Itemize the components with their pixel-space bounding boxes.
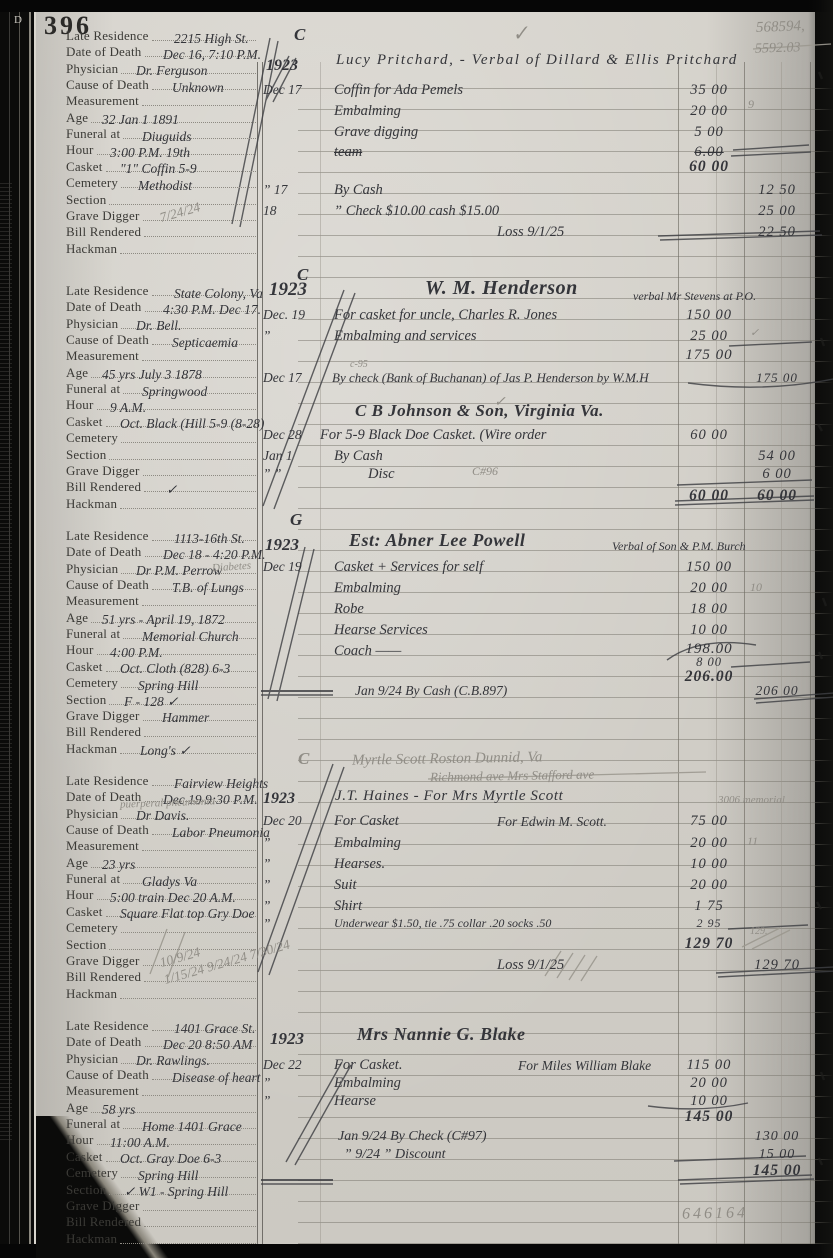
form-label-cemetery: Cemetery — [66, 676, 118, 689]
form-label-cemetery: Cemetery — [66, 1166, 118, 1179]
page-edge-line — [9, 0, 10, 1258]
form-label-physician: Physician — [66, 317, 118, 330]
form-row: Hour3:00 P.M. 19th — [66, 140, 258, 156]
ledger-amount-debit: 8 00 — [676, 656, 742, 669]
form-row: Date of Death4:30 P.M. Dec 17. — [66, 297, 258, 313]
form-row: Section✓ W1 - Spring Hill — [66, 1180, 258, 1196]
ledger-amount-debit: 20 00 — [676, 104, 742, 119]
ledger-year: 1923 — [266, 58, 298, 74]
form-row: Cause of DeathT.B. of Lungs — [66, 575, 258, 591]
ledger-amount-debit: 150 00 — [676, 560, 742, 575]
ledger-year: 1923 — [263, 791, 295, 807]
form-row: Measurement — [66, 591, 258, 607]
ledger-account-title: Est: Abner Lee Powell — [349, 531, 525, 549]
form-label-casket: Casket — [66, 660, 103, 673]
dotted-leader — [143, 1209, 256, 1211]
form-row: Cause of DeathUnknown — [66, 75, 258, 91]
form-label-cause_of_death: Cause of Death — [66, 1068, 149, 1081]
ledger-description: ” Check $10.00 cash $15.00 — [334, 204, 499, 219]
form-label-funeral_at: Funeral at — [66, 1117, 120, 1130]
form-row: Bill Rendered✓ — [66, 477, 258, 493]
dotted-leader — [142, 604, 256, 606]
ledger-description: Casket + Services for self — [334, 560, 483, 575]
ledger-description: Underwear $1.50, tie .75 collar .20 sock… — [334, 917, 551, 929]
form-row: CasketSquare Flat top Gry Doe — [66, 902, 258, 918]
ledger-description: By Cash — [334, 183, 383, 198]
form-row: SectionF - 128 ✓ — [66, 690, 258, 706]
form-row: Measurement — [66, 91, 258, 107]
dotted-leader — [142, 359, 256, 361]
ledger-date: ” — [263, 899, 271, 913]
form-label-cause_of_death: Cause of Death — [66, 333, 149, 346]
ledger-book-photo: 396 D — [0, 0, 833, 1258]
form-label-date_of_death: Date of Death — [66, 300, 142, 313]
form-row: Grave Digger — [66, 1196, 258, 1212]
form-label-grave_digger: Grave Digger — [66, 954, 140, 967]
form-row: PhysicianDr. Ferguson — [66, 59, 258, 75]
ledger-description: For Casket. — [334, 1058, 402, 1073]
form-row: Measurement — [66, 836, 258, 852]
ledger-amount-debit: 115 00 — [676, 1058, 742, 1073]
form-row: HackmanLong's ✓ — [66, 739, 258, 755]
form-label-cemetery: Cemetery — [66, 176, 118, 189]
pencil-note-e2-c96: C#96 — [472, 465, 498, 477]
ledger-date: ” — [263, 1094, 271, 1108]
ledger-amount-debit: 20 00 — [676, 1076, 742, 1091]
form-label-cemetery: Cemetery — [66, 431, 118, 444]
form-label-cause_of_death: Cause of Death — [66, 823, 149, 836]
ledger-amount-credit: 22 50 — [745, 225, 809, 240]
ledger-description: Shirt — [334, 899, 362, 914]
form-row: CasketOct. Gray Doe 6-3 — [66, 1147, 258, 1163]
ledger-amount-debit: 10 00 — [676, 623, 742, 638]
form-row: Age45 yrs July 3 1878 — [66, 363, 258, 379]
ledger-description: Disc — [368, 467, 395, 482]
form-label-date_of_death: Date of Death — [66, 45, 142, 58]
ledger-amount-credit: 15 00 — [745, 1148, 809, 1162]
form-row: Grave DiggerHammer — [66, 706, 258, 722]
photo-top-border — [0, 0, 833, 12]
ledger-date: Dec. 19 — [263, 308, 305, 322]
ledger-description: Embalming and services — [334, 329, 477, 344]
form-label-physician: Physician — [66, 62, 118, 75]
ledger-description: Jan 9/24 By Check (C#97) — [338, 1130, 487, 1144]
ledger-date: ” — [263, 836, 271, 850]
form-label-cemetery: Cemetery — [66, 921, 118, 934]
ledger-amount-debit: 10 00 — [676, 1094, 742, 1109]
ledger-date: 18 — [263, 204, 277, 218]
ledger-description: For Casket — [334, 814, 399, 829]
form-row: Hackman — [66, 239, 258, 255]
form-label-age: Age — [66, 366, 88, 379]
ledger-verbal-note: verbal Mr Stevens at P.O. — [633, 290, 756, 302]
dotted-leader — [142, 104, 256, 106]
pencil-note-top-right-crossed: 5592.03 — [755, 41, 801, 57]
form-label-cause_of_death: Cause of Death — [66, 78, 149, 91]
form-label-measurement: Measurement — [66, 839, 139, 852]
form-row: Date of DeathDec 16, 7:10 P.M. — [66, 42, 258, 58]
form-row: Bill Rendered — [66, 722, 258, 738]
ledger-amount-debit: 5 00 — [676, 125, 742, 140]
ledger-amount-credit: 12 50 — [745, 183, 809, 198]
form-row: Late Residence1401 Grace St. — [66, 1016, 258, 1032]
ledger-description-secondary: For Edwin M. Scott. — [497, 815, 607, 829]
ledger-date: Dec 19 — [263, 560, 302, 574]
form-row: Grave Digger — [66, 461, 258, 477]
form-row: Late Residence1113-16th St. — [66, 526, 258, 542]
form-label-age: Age — [66, 1101, 88, 1114]
dotted-leader — [144, 980, 256, 982]
form-row: Age51 yrs - April 19, 1872 — [66, 608, 258, 624]
dotted-leader — [121, 441, 256, 443]
credit-column-left-line — [744, 62, 745, 1250]
book-spine-page-edges — [0, 0, 36, 1258]
ledger-description: Loss 9/1/25 — [497, 225, 564, 240]
form-label-late_residence: Late Residence — [66, 774, 149, 787]
ledger-description: Coach —— — [334, 644, 401, 659]
form-label-age: Age — [66, 856, 88, 869]
spine-label: D — [14, 14, 22, 26]
form-row: Bill Rendered — [66, 1212, 258, 1228]
ledger-description-secondary: For Miles William Blake — [518, 1059, 651, 1073]
form-label-cause_of_death: Cause of Death — [66, 578, 149, 591]
form-label-section: Section — [66, 938, 106, 951]
pencil-note-e4-total-note: 129. — [750, 927, 768, 937]
form-value-hackman: Long's ✓ — [140, 744, 191, 758]
ledger-amount-debit: 20 00 — [676, 878, 742, 893]
ledger-subaccount-title: C B Johnson & Son, Virginia Va. — [355, 402, 604, 419]
form-label-hour: Hour — [66, 1133, 94, 1146]
ledger-date: Jan 1 — [263, 449, 293, 463]
ledger-amount-debit: 25 00 — [676, 329, 742, 344]
form-label-section: Section — [66, 693, 106, 706]
ledger-date: ” 17 — [263, 183, 287, 197]
ledger-amount-debit: 60 00 — [676, 488, 742, 504]
ledger-description: team — [334, 145, 362, 160]
form-label-bill_rendered: Bill Rendered — [66, 225, 141, 238]
ledger-description: Jan 9/24 By Cash (C.B.897) — [355, 684, 507, 698]
form-label-casket: Casket — [66, 905, 103, 918]
form-label-date_of_death: Date of Death — [66, 1035, 142, 1048]
ledger-date: Dec 28 — [263, 428, 302, 442]
pencil-note-top-right-number: 568594, — [756, 19, 805, 36]
form-row: Grave Digger7/24/24 — [66, 206, 258, 222]
form-label-measurement: Measurement — [66, 349, 139, 362]
form-label-measurement: Measurement — [66, 594, 139, 607]
date-column-line — [320, 62, 321, 1250]
page-stack-texture — [0, 180, 12, 1140]
form-row: Funeral atSpringwood — [66, 379, 258, 395]
ledger-amount-debit: 206.00 — [676, 669, 742, 685]
form-row: Date of DeathDec 20 8:50 AM — [66, 1032, 258, 1048]
ledger-year: 1923 — [265, 536, 299, 553]
form-label-bill_rendered: Bill Rendered — [66, 1215, 141, 1228]
form-label-measurement: Measurement — [66, 1084, 139, 1097]
form-row: Measurement — [66, 346, 258, 362]
form-label-bill_rendered: Bill Rendered — [66, 480, 141, 493]
form-row: Measurement — [66, 1081, 258, 1097]
form-label-physician: Physician — [66, 807, 118, 820]
pencil-note-e4-header-struck: Richmond ave Mrs Stafford ave — [430, 768, 594, 784]
form-label-hackman: Hackman — [66, 1232, 117, 1245]
ledger-verbal-note: Verbal of Son & P.M. Burch — [612, 540, 746, 552]
form-label-late_residence: Late Residence — [66, 29, 149, 42]
ledger-description: Hearse — [334, 1094, 376, 1109]
ledger-amount-credit: 175 00 — [745, 371, 809, 384]
ledger-account-title: J.T. Haines - For Mrs Myrtle Scott — [335, 789, 563, 804]
ledger-description: Embalming — [334, 581, 401, 596]
pencil-note-top-check: ✓ — [511, 23, 530, 45]
form-label-casket: Casket — [66, 160, 103, 173]
dotted-leader — [144, 235, 256, 237]
ledger-date: Dec 22 — [263, 1058, 302, 1072]
ledger-amount-debit: 2 95 — [676, 917, 742, 929]
dotted-leader — [120, 1242, 256, 1244]
form-label-late_residence: Late Residence — [66, 1019, 149, 1032]
form-label-casket: Casket — [66, 415, 103, 428]
page-curl-shadow — [808, 0, 833, 1258]
ledger-description: Embalming — [334, 1076, 401, 1091]
ledger-description: By Cash — [334, 449, 383, 464]
form-label-age: Age — [66, 611, 88, 624]
form-row: PhysicianDr. Bell. — [66, 314, 258, 330]
form-label-section: Section — [66, 193, 106, 206]
form-row: CasketOct. Cloth (828) 6-3 — [66, 657, 258, 673]
form-label-late_residence: Late Residence — [66, 529, 149, 542]
form-label-date_of_death: Date of Death — [66, 545, 142, 558]
ledger-description: For casket for uncle, Charles R. Jones — [334, 308, 557, 323]
credit-cents-line — [781, 62, 782, 1250]
form-row: Funeral atMemorial Church — [66, 624, 258, 640]
ledger-amount-credit: 129 70 — [745, 958, 809, 973]
page-edge-highlight — [34, 0, 36, 1258]
form-row: Hour9 A.M. — [66, 395, 258, 411]
ledger-amount-debit: 150 00 — [676, 308, 742, 323]
form-label-grave_digger: Grave Digger — [66, 1199, 140, 1212]
ledger-amount-debit: 18 00 — [676, 602, 742, 617]
form-row: Hour5:00 train Dec 20 A.M. — [66, 885, 258, 901]
ledger-date: ” — [263, 917, 271, 931]
form-label-funeral_at: Funeral at — [66, 627, 120, 640]
ledger-amount-debit: 1 75 — [676, 899, 742, 914]
ledger-amount-debit: 75 00 — [676, 814, 742, 829]
ledger-description: Loss 9/1/25 — [497, 958, 564, 973]
form-row: Funeral atHome 1401 Grace — [66, 1114, 258, 1130]
ledger-description: Hearse Services — [334, 623, 428, 638]
ledger-amount-credit: 54 00 — [745, 449, 809, 464]
form-label-physician: Physician — [66, 562, 118, 575]
form-row: Age32 Jan 1 1891 — [66, 108, 258, 124]
ledger-amount-debit: 10 00 — [676, 857, 742, 872]
form-row: Bill Rendered — [66, 222, 258, 238]
form-label-bill_rendered: Bill Rendered — [66, 970, 141, 983]
ledger-description: Coffin for Ada Pemels — [334, 83, 463, 98]
ledger-amount-debit: 20 00 — [676, 836, 742, 851]
form-row: Cause of DeathLabor Pneumonia — [66, 820, 258, 836]
entry-check-letter-mark: C — [298, 750, 309, 767]
form-label-hour: Hour — [66, 888, 94, 901]
form-row: Bill Rendered1/15/24 9/24/24 7/30/24 — [66, 967, 258, 983]
pencil-note-e2-c95: c-95 — [350, 360, 368, 370]
form-row: Cause of DeathDisease of heart — [66, 1065, 258, 1081]
pencil-note-bottom-number: 646164 — [682, 1205, 748, 1222]
ledger-date: ” — [263, 329, 271, 343]
ledger-account-title: W. M. Henderson — [425, 278, 578, 298]
ledger-description: Embalming — [334, 836, 401, 851]
form-label-late_residence: Late Residence — [66, 284, 149, 297]
form-row: Cemetery — [66, 918, 258, 934]
pencil-note-e1-amount-note: 9 — [748, 98, 754, 110]
form-row: Hour4:00 P.M. — [66, 640, 258, 656]
dotted-leader — [143, 474, 256, 476]
dotted-leader — [120, 252, 256, 254]
pencil-note-e4-memorial: 3006 memorial — [718, 795, 785, 806]
form-row: CemeterySpring Hill — [66, 1163, 258, 1179]
ledger-description: Grave digging — [334, 125, 418, 140]
ledger-amount-credit: 6 00 — [745, 467, 809, 482]
ledger-date: Dec 20 — [263, 814, 302, 828]
form-row: Section — [66, 190, 258, 206]
pencil-note-e3-amount-note: 10 — [750, 581, 762, 593]
ledger-date: Dec 17 — [263, 371, 302, 385]
form-row: CasketOct. Black (Hill 5-9 (8-28) — [66, 412, 258, 428]
form-label-funeral_at: Funeral at — [66, 127, 120, 140]
form-row: CemeterySpring Hill — [66, 673, 258, 689]
ledger-date: ” — [263, 1076, 271, 1090]
form-row: Late ResidenceFairview Heights — [66, 771, 258, 787]
form-label-section: Section — [66, 1183, 106, 1196]
form-label-bill_rendered: Bill Rendered — [66, 725, 141, 738]
pencil-note-e4-amount-note: 11 — [747, 835, 758, 847]
form-row: Hour11:00 A.M. — [66, 1130, 258, 1146]
form-row: Funeral atGladys Va — [66, 869, 258, 885]
ledger-description: Suit — [334, 878, 357, 893]
ledger-account-title: Mrs Nannie G. Blake — [357, 1025, 526, 1043]
form-label-age: Age — [66, 111, 88, 124]
page-edge-line — [19, 0, 20, 1258]
ledger-amount-debit: 175 00 — [676, 348, 742, 363]
ledger-account-title: Lucy Pritchard, - Verbal of Dillard & El… — [336, 53, 738, 68]
ledger-description: Embalming — [334, 104, 401, 119]
ledger-description: Robe — [334, 602, 364, 617]
form-label-casket: Casket — [66, 1150, 103, 1163]
dotted-leader — [121, 931, 256, 933]
dotted-leader — [120, 507, 256, 509]
entry-check-letter-mark: G — [290, 511, 302, 528]
ledger-amount-debit: 145 00 — [676, 1109, 742, 1125]
entry-check-letter-mark: C — [294, 26, 305, 43]
form-label-measurement: Measurement — [66, 94, 139, 107]
dotted-leader — [120, 997, 256, 999]
form-label-hour: Hour — [66, 143, 94, 156]
form-label-grave_digger: Grave Digger — [66, 209, 140, 222]
form-label-hour: Hour — [66, 643, 94, 656]
form-label-physician: Physician — [66, 1052, 118, 1065]
form-row: Casket"1" Coffin 5-9 — [66, 157, 258, 173]
form-row: Age23 yrs — [66, 853, 258, 869]
form-row: Funeral atDiuguids — [66, 124, 258, 140]
dotted-leader — [144, 1225, 256, 1227]
ledger-description: For 5-9 Black Doe Casket. (Wire order — [320, 428, 546, 443]
form-row: PhysicianDr. Rawlings. — [66, 1049, 258, 1065]
ledger-amount-credit: 145 00 — [745, 1163, 809, 1179]
ledger-date: ” ” — [263, 467, 281, 481]
form-label-funeral_at: Funeral at — [66, 382, 120, 395]
form-label-grave_digger: Grave Digger — [66, 709, 140, 722]
form-row: Age58 yrs — [66, 1098, 258, 1114]
form-row: Hackman — [66, 494, 258, 510]
form-row: Section — [66, 935, 258, 951]
page-edge-line — [29, 0, 31, 1258]
form-row: Late ResidenceState Colony, Va — [66, 281, 258, 297]
form-label-hackman: Hackman — [66, 987, 117, 1000]
form-label-hour: Hour — [66, 398, 94, 411]
ledger-date: Dec 17 — [263, 83, 302, 97]
form-label-hackman: Hackman — [66, 742, 117, 755]
form-label-funeral_at: Funeral at — [66, 872, 120, 885]
form-label-hackman: Hackman — [66, 497, 117, 510]
dotted-leader — [144, 735, 256, 737]
dotted-leader — [144, 490, 256, 492]
form-row: Late Residence2215 High St. — [66, 26, 258, 42]
pencil-note-e2-check2: ✓ — [750, 328, 759, 339]
ledger-description: Hearses. — [334, 857, 385, 872]
ledger-description: ” 9/24 ” Discount — [344, 1148, 446, 1162]
dotted-leader — [142, 1094, 256, 1096]
ledger-amount-credit: 206 00 — [745, 684, 809, 698]
form-row: Cemetery — [66, 428, 258, 444]
form-label-section: Section — [66, 448, 106, 461]
form-row: Hackman — [66, 1229, 258, 1245]
ledger-amount-debit: 20 00 — [676, 581, 742, 596]
ledger-date: ” — [263, 878, 271, 892]
form-row: Hackman — [66, 984, 258, 1000]
form-row: Cause of DeathSepticaemia — [66, 330, 258, 346]
ledger-amount-debit: 129 70 — [676, 936, 742, 952]
dotted-leader — [109, 458, 256, 460]
ledger-year: 1923 — [270, 1030, 304, 1047]
ledger-amount-credit: 130 00 — [745, 1130, 809, 1144]
ledger-description: By check (Bank of Buchanan) of Jas P. He… — [332, 371, 649, 384]
ledger-amount-credit: 60 00 — [745, 488, 809, 504]
ledger-amount-debit: 60 00 — [676, 428, 742, 443]
ledger-amount-debit: 35 00 — [676, 83, 742, 98]
form-row: CemeteryMethodist — [66, 173, 258, 189]
pencil-note-e2-check: ✓ — [494, 396, 506, 410]
form-row: Date of DeathDec 18 - 4:20 P.M. — [66, 542, 258, 558]
entry-check-letter-mark: C — [297, 266, 308, 283]
dotted-leader — [142, 849, 256, 851]
form-label-grave_digger: Grave Digger — [66, 464, 140, 477]
ledger-amount-debit: 60 00 — [676, 159, 742, 175]
form-row: Section — [66, 445, 258, 461]
form-label-hackman: Hackman — [66, 242, 117, 255]
ledger-amount-credit: 25 00 — [745, 204, 809, 219]
ledger-date: ” — [263, 857, 271, 871]
